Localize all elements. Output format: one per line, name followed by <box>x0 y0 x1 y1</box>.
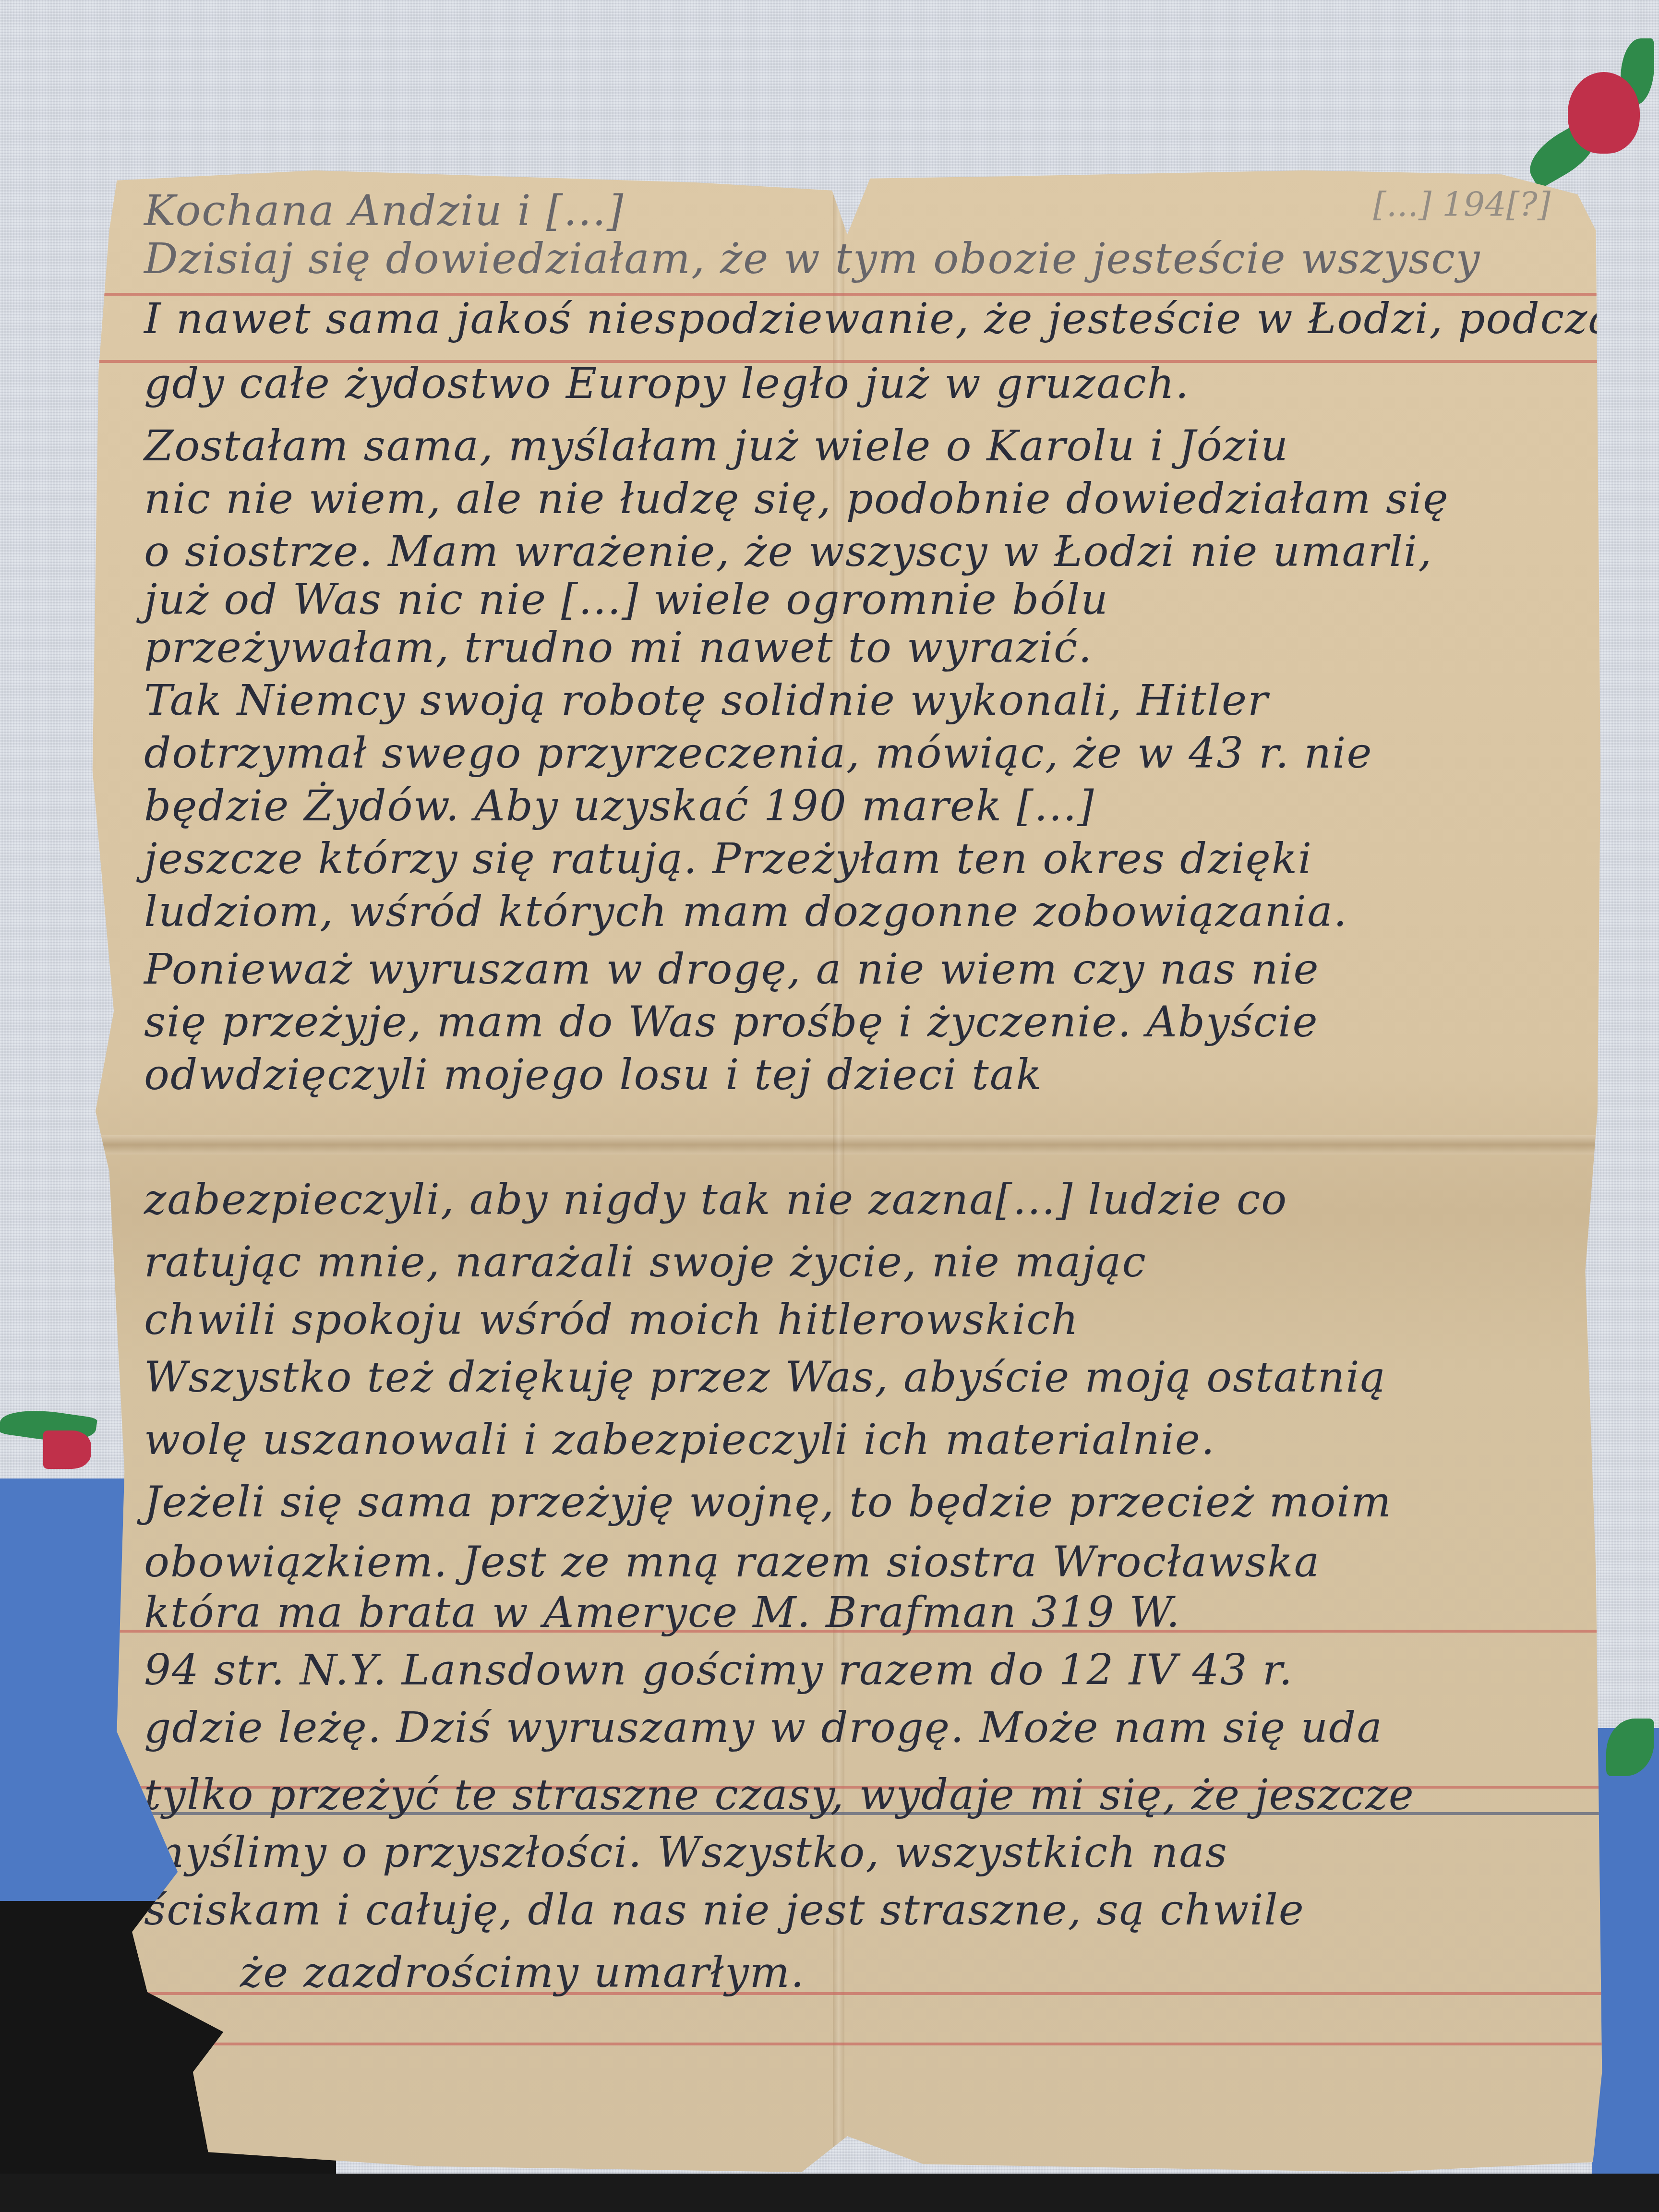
letter-line: tylko przeżyć te straszne czasy, wydaje … <box>144 1774 1570 1816</box>
letter-line: że zazdrościmy umarłym. <box>240 1951 1570 1994</box>
letter-line: ratując mnie, narażali swoje życie, nie … <box>144 1241 1570 1283</box>
embroidered-flower-icon <box>1525 29 1659 202</box>
letter-line: chwili spokoju wśród moich hitlerowskich <box>144 1298 1570 1341</box>
letter-line: która ma brata w Ameryce M. Brafman 319 … <box>144 1591 1570 1634</box>
embroidered-flower-icon <box>0 1392 115 1488</box>
dark-surface-bottom <box>0 2174 1659 2212</box>
rose-icon <box>1568 72 1640 154</box>
embroidered-leaf-icon <box>1601 1709 1659 1786</box>
letter-line: ściskam i całuję, dla nas nie jest stras… <box>144 1889 1570 1931</box>
letter-line: Jeżeli się sama przeżyję wojnę, to będzi… <box>144 1481 1570 1523</box>
leaf-icon <box>1606 1719 1654 1776</box>
letter-paper: [...] 194[?] Kochana Andziu i [...] Dzis… <box>86 170 1608 2172</box>
letter-line: obowiązkiem. Jest ze mną razem siostra W… <box>144 1541 1570 1583</box>
letter-line: zabezpieczyli, aby nigdy tak nie zazna[.… <box>144 1178 1570 1221</box>
letter-line: myślimy o przyszłości. Wszystko, wszystk… <box>144 1831 1570 1874</box>
letter-line: wolę uszanowali i zabezpieczyli ich mate… <box>144 1419 1570 1461</box>
letter-line: gdzie leżę. Dziś wyruszamy w drogę. Może… <box>144 1707 1570 1749</box>
rose-icon <box>43 1431 91 1469</box>
letter-line: Wszystko też dziękuję przez Was, abyście… <box>144 1356 1570 1398</box>
letter-line: 94 str. N.Y. Lansdown gościmy razem do 1… <box>144 1649 1570 1691</box>
letter-body-bottom: zabezpieczyli, aby nigdy tak nie zazna[.… <box>86 170 1608 2172</box>
embroidery-blue-band-right <box>1592 1728 1659 2212</box>
